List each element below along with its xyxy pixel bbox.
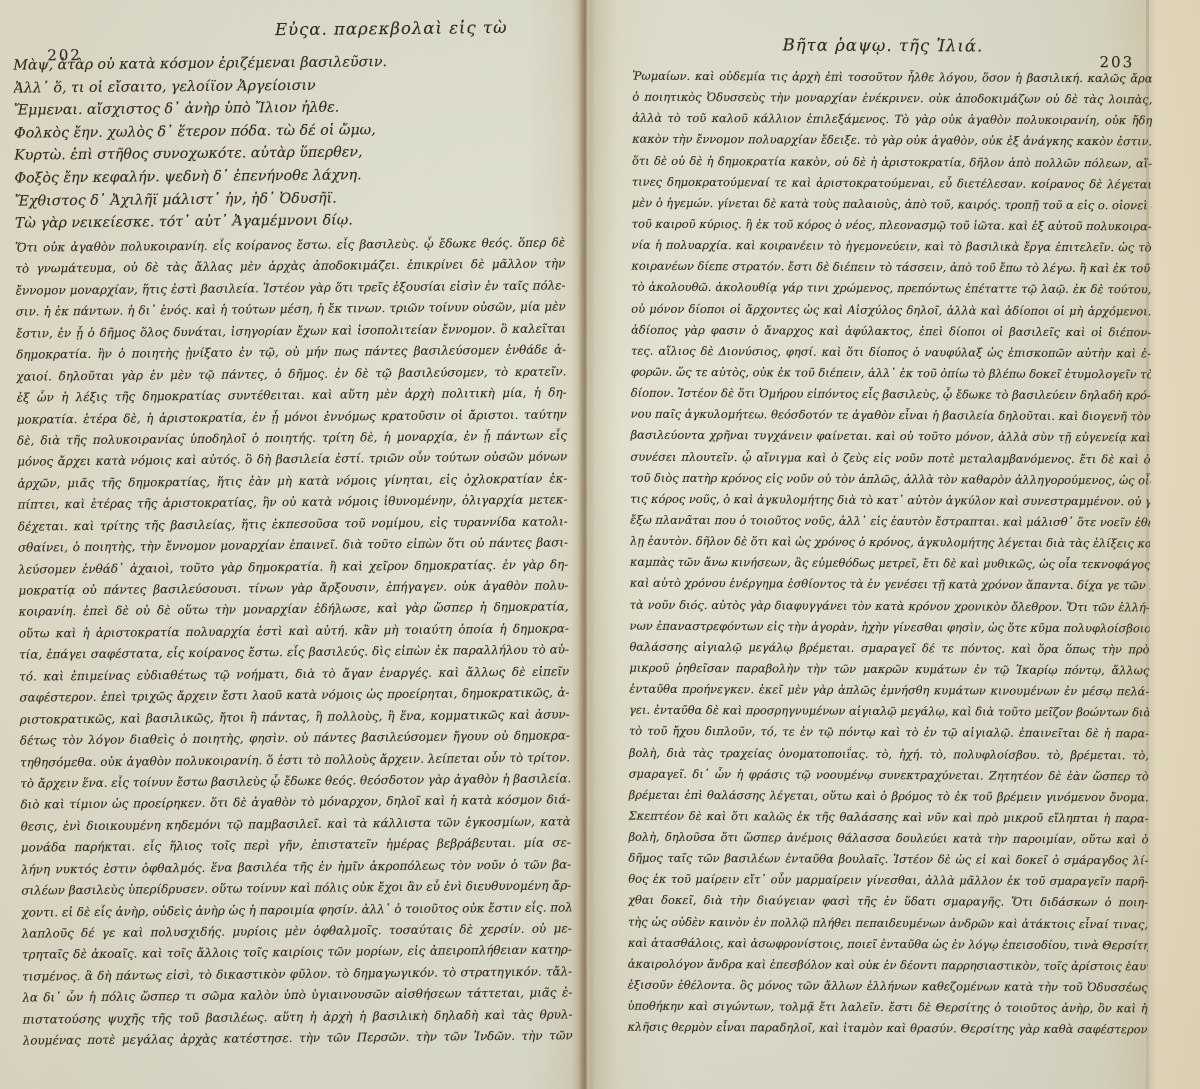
text-line: τὰ νοῦν διός. αὐτὸς γὰρ διαφυγγάνει τὸν … bbox=[630, 597, 1150, 621]
text-line: οὐ μόνον δίοποι οἱ ἄρχοντες ὡς καὶ Αἰσχύ… bbox=[631, 301, 1151, 325]
text-line: τοῦ διὸς πατὴρ κρόνος εἰς νοῦν οὐ τὸν ἁπ… bbox=[630, 470, 1150, 494]
text-line: κοιρανέων δίεπε στρατόν. ἔστι δὲ διέπειν… bbox=[631, 259, 1151, 283]
text-line: ὅτι δὲ οὐ δὲ ἡ δημοκρατία κακὸν, οὐ δὲ ἡ… bbox=[632, 153, 1152, 177]
text-line: ἐξισοῦν ἐθέλοντα. ὃς μόνος τῶν ἄλλων ἑλλ… bbox=[628, 978, 1148, 1002]
text-line: βρέμεται ἐπὶ θαλάσσης λέγεται, οὕτω καὶ … bbox=[629, 787, 1149, 811]
left-running-header: Εὐςα. παρεκβολαὶ εἰς τὼ bbox=[275, 18, 508, 39]
text-line: τὸ ἀκολουθῶ. ἀκολουθίᾳ γάρ τινι χρώμενος… bbox=[631, 280, 1151, 304]
text-line: τινες δημοκρατούμεναί τε καὶ ἀριστοκρατο… bbox=[632, 174, 1152, 198]
text-line: κλῆσις θερμὸν εἶναι παραδηλοῖ, καὶ ἰταμὸ… bbox=[627, 1020, 1147, 1044]
text-line: ἐνταῦθα προήνεγκεν. ἐκεῖ μὲν γὰρ ἁπλῶς ἐ… bbox=[629, 682, 1149, 706]
right-page-number: 203 bbox=[1099, 53, 1134, 71]
text-line: ἀδίοπος γὰρ φασιν ὁ ἄναρχος καὶ ἀφύλακτο… bbox=[631, 322, 1151, 346]
text-line: συνέσει πλουτεῖν. ᾧ αἴνιγμα καὶ ὁ ζεὺς ε… bbox=[630, 449, 1150, 473]
gutter-shadow bbox=[578, 0, 592, 1089]
left-body-text: Ὅτι οὐκ ἀγαθὸν πολυκοιρανίη. εἷς κοίρανο… bbox=[15, 235, 573, 1055]
text-line: γει. ἐνταῦθα δὲ καὶ προσρηγνυμένων αἰγια… bbox=[629, 703, 1149, 727]
text-line: ἀκαιρολόγον ἄνδρα καὶ ἐπεσβόλον καὶ οὐκ … bbox=[628, 957, 1148, 981]
text-line: λουμένας ποτὲ μεγάλας ἀρχὰς κατέστησε. τ… bbox=[23, 1029, 573, 1056]
text-line: τοῦ καιροῦ κύριος. ἢ ἐκ τοῦ κόρος ὁ νέος… bbox=[632, 217, 1152, 241]
text-line: βασιλεύοντα χρῆναι τυγχάνειν φαίνεται. κ… bbox=[630, 428, 1150, 452]
right-running-header: Βῆτα ῥαψῳ. τῆς Ἰλιά. bbox=[783, 35, 984, 55]
text-line: τὸ τοῦ ἤχου διπλοῦν, τό, τε ἐν τῷ πόντῳ … bbox=[629, 724, 1149, 748]
text-line: λῃ ἑαυτὸν. δῆλον δὲ ὅτι καὶ ὡς χρόνος ὁ … bbox=[630, 534, 1150, 558]
text-line: δίοπον. Ἰστέον δὲ ὅτι Ὁμήρου εἰπόντος εἷ… bbox=[631, 386, 1151, 410]
right-page: Βῆτα ῥαψῳ. τῆς Ἰλιά. 203 Ῥωμαίων. καὶ οὐ… bbox=[582, 0, 1200, 1089]
text-line: κακὸν τὴν ἔννομον πολυαρχίαν ἔδειξε. τὸ … bbox=[632, 132, 1152, 156]
verse-block: Μὰψ, ἀτὰρ οὐ κατὰ κόσμον ἐριζέμεναι βασι… bbox=[13, 52, 575, 238]
text-line: τες. αἴλιος δὲ Διονύσιος, φησί. καὶ ὅτι … bbox=[631, 343, 1151, 367]
text-line: θαλάσσης αἰγιαλῷ μεγάλῳ βρέμεται. σμαραγ… bbox=[629, 639, 1149, 663]
text-line: καμπὰς τῶν ἄνω κινήσεων, ἃς εὐμεθόδως με… bbox=[630, 555, 1150, 579]
text-line: βολὴ, δηλοῦσα ὅτι ὥσπερ ἀνέμοις θάλασσα … bbox=[628, 830, 1148, 854]
text-line: Ῥωμαίων. καὶ οὐδεμία τις ἀρχὴ ἐπὶ τοσοῦτ… bbox=[632, 69, 1152, 93]
text-line: χθαι δοκεῖ, διὰ τὴν διαύγειαν φασὶ τῆς ἐ… bbox=[628, 893, 1148, 917]
text-line: θος ἐκ τοῦ μαίρειν εἴτ᾽ οὖν μαρμαίρειν γ… bbox=[628, 872, 1148, 896]
text-line: τις κόρος νοῦς, ὁ καὶ ἀγκυλομήτης διὰ τὸ… bbox=[630, 491, 1150, 515]
verse-line: Τὼ γὰρ νεικείεσκε. τότ᾽ αὖτ᾽ Ἀγαμέμνονι … bbox=[15, 210, 575, 238]
left-page: 202 Εὐςα. παρεκβολαὶ εἰς τὼ Μὰψ, ἀτὰρ οὐ… bbox=[0, 0, 590, 1089]
text-line: καὶ ἀτασθάλοις, καὶ ἀσωφρονίστοις, ποιεῖ… bbox=[628, 935, 1148, 959]
text-line: βολὴ, διὰ τὰς τραχείας ὀνοματοποιΐας. τὸ… bbox=[629, 745, 1149, 769]
book-scan: 202 Εὐςα. παρεκβολαὶ εἰς τὼ Μὰψ, ἀτὰρ οὐ… bbox=[0, 0, 1200, 1089]
text-line: καὶ αὐτὸ χρόνου ἐνέργημα ἐσθίοντος τὰ ἐν… bbox=[630, 576, 1150, 600]
right-body-text: Ῥωμαίων. καὶ οὐδεμία τις ἀρχὴ ἐπὶ τοσοῦτ… bbox=[627, 69, 1152, 1044]
text-line: νων ἐπαναστρεφόντων εἰς τὴν ἀγορὰν, ἠχὴν… bbox=[629, 618, 1149, 642]
page-edge-crease bbox=[1146, 0, 1149, 1089]
text-line: Σκεπτέον δὲ καὶ ὅτι καλῶς ἐκ τῆς θαλάσση… bbox=[629, 809, 1149, 833]
text-line: ἔξω πλανᾶται που ὁ τοιοῦτος νοῦς, ἀλλ᾽ ε… bbox=[630, 513, 1150, 537]
text-line: τὴς ὡς οὐδὲν καινὸν ἐν πολλῷ πλήθει πεπα… bbox=[628, 914, 1148, 938]
text-line: νία ἡ πολυαρχία. καὶ κοιρανέειν τὸ ἡγεμο… bbox=[631, 238, 1151, 262]
text-line: μὲν ὁ ἡγεμών. γίνεται δὲ κατὰ τοὺς παλαι… bbox=[632, 195, 1152, 219]
text-line: ὑποθήκην καὶ σιγώντων, τολμᾷ ἔτι λαλεῖν.… bbox=[628, 999, 1148, 1023]
text-line: μικροῦ ῥηθεῖσαν παραβολὴν τὴν τῶν μακρῶν… bbox=[629, 661, 1149, 685]
text-line: νου παῖς ἀγκυλομήτεω. θεόσδοτόν τε ἀγαθὸ… bbox=[631, 407, 1151, 431]
text-line: φορῶν. ὥς τε αὐτὸς, οὐκ ἐκ τοῦ διέπειν, … bbox=[631, 365, 1151, 389]
text-line: σμαραγεῖ. δι᾽ ὧν ἡ φράσις τῷ νοουμένῳ συ… bbox=[629, 766, 1149, 790]
text-line: ἀλλὰ τὸ τοῦ καλοῦ κάλλιον ἐπιλεξάμενος. … bbox=[632, 111, 1152, 135]
text-line: δῆμος ταῖς τῶν βασιλέων ἐνταῦθα βουλαῖς.… bbox=[628, 851, 1148, 875]
text-line: ὁ ποιητικὸς Ὀδυσσεὺς τὴν μοναρχίαν ἐνέκρ… bbox=[632, 90, 1152, 114]
